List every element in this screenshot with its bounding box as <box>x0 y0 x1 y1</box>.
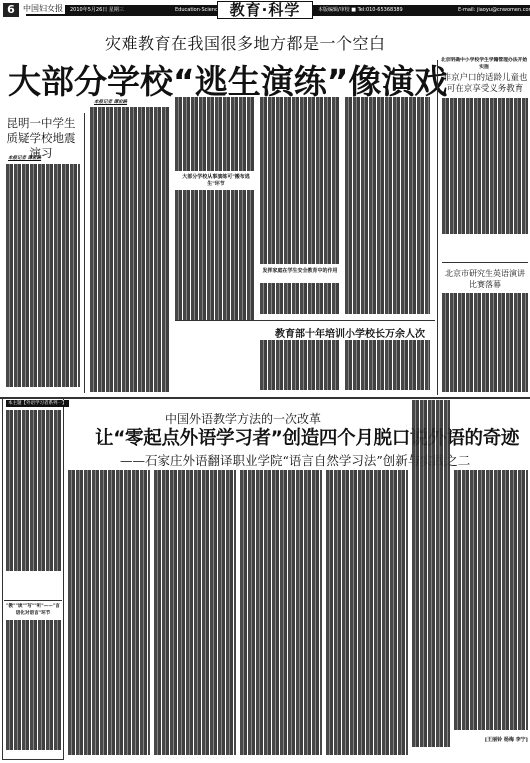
section-title: 教育·科学 <box>217 1 313 19</box>
right-brief-headline: 非京户口的适龄儿童也可在京享受义务教育 <box>442 73 528 95</box>
main-subheading-2: 发挥家庭在学生安全教育中的作用 <box>262 268 338 275</box>
section-divider <box>0 397 530 399</box>
lower-body-col-5 <box>412 400 450 760</box>
lower-left-rule <box>4 600 62 601</box>
masthead: 6 中国妇女报 2010年5月26日 星期三 Education·Science… <box>0 0 530 20</box>
lower-left-body-1 <box>6 410 61 575</box>
right-brief-body <box>442 98 528 238</box>
lower-left-body-2 <box>6 620 61 755</box>
lower-side-label: 本主题【外语学习者系列一】 <box>6 400 69 407</box>
lower-left-subhead: "教""读""写""听"——"言语化对语言"环节 <box>4 603 62 617</box>
main-body-col-2a <box>175 97 255 172</box>
lower-credit: [王丽铃 杨梅 李宁] <box>452 736 528 743</box>
paper-logo: 中国妇女报 <box>21 3 65 14</box>
lower-body-col-1 <box>68 470 150 760</box>
main-body-col-1 <box>90 107 170 397</box>
lower-body-col-2 <box>154 470 236 760</box>
lower-body-col-3 <box>240 470 322 760</box>
main-body-col-4 <box>345 97 430 319</box>
lower-body-col-4 <box>326 470 408 760</box>
main-body-col-3b <box>260 283 340 317</box>
lower-headline: 让“零起点外语学习者”创造四个月脱口说外语的奇迹 <box>95 424 519 450</box>
mid-story-rule <box>175 320 435 321</box>
main-body-col-2b <box>175 190 255 320</box>
right-column-divider <box>437 60 438 395</box>
lower-body-col-6 <box>454 470 528 735</box>
section-en: Education·Science <box>175 5 221 16</box>
date-line: 2010年5月26日 星期三 <box>70 5 124 16</box>
right-brief-rule <box>442 262 528 263</box>
main-kicker: 灾难教育在我国很多地方都是一个空白 <box>105 31 386 54</box>
side-story-body <box>6 164 80 389</box>
main-byline: 本报记者 谭宏路 <box>94 99 127 105</box>
main-body-col-3a <box>260 97 340 267</box>
right-mid-brief-body <box>442 293 528 393</box>
right-mid-brief-headline: 北京市研究生英语演讲比赛落幕 <box>442 268 528 290</box>
main-subheading-1: 大部分学校从事演练可"搬布逃生"环节 <box>178 174 254 188</box>
right-brief-kicker: 北京明确中小学校学生学籍管理办法开始实施 <box>440 57 528 71</box>
mid-story-headline: 教育部十年培训小学校长万余人次 <box>270 325 430 340</box>
main-headline: 大部分学校“逃生演练”像演戏 <box>8 56 447 103</box>
mid-story-col-2 <box>345 340 430 395</box>
side-story-byline: 本报记者 谭宏路 <box>8 155 41 161</box>
page-number: 6 <box>3 3 19 17</box>
editor-line: 本版编辑/审校 ■ Tel:010-65368389 <box>318 5 403 16</box>
mid-story-col-1 <box>260 340 340 395</box>
column-divider <box>84 113 85 393</box>
email-line: E-mail: jiaoyu@cnwomen.com.cn <box>458 5 530 16</box>
